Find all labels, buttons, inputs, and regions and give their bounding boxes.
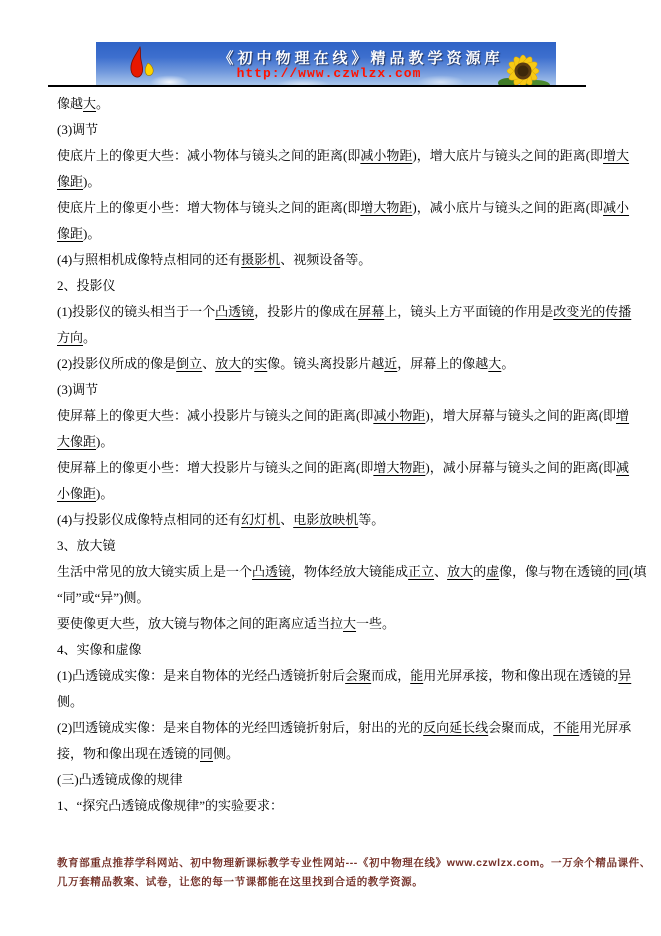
answer-blank-text: 凸透镜 [215, 304, 254, 319]
page-footer: 教育部重点推荐学科网站、初中物理新课标教学专业性网站---《初中物理在线》www… [57, 854, 623, 892]
text-segment: 等。 [358, 512, 384, 527]
text-segment: 、 [434, 564, 447, 579]
text-segment: 2、投影仪 [57, 278, 116, 293]
answer-blank-text: 放大 [447, 564, 473, 579]
text-line: 接，物和像出现在透镜的同侧。 [57, 741, 609, 767]
text-segment: 会聚而成， [488, 720, 553, 735]
answer-blank-text: 反向延长线 [423, 720, 488, 735]
text-line: 侧。 [57, 689, 609, 715]
text-line: 4、实像和虚像 [57, 637, 609, 663]
answer-blank-text: 减小物距 [373, 408, 425, 423]
text-line: (3)调节 [57, 117, 609, 143]
text-segment: 3、放大镜 [57, 538, 116, 553]
text-line: 像距)。 [57, 169, 609, 195]
text-segment: (3)调节 [57, 122, 98, 137]
text-line: 像距)。 [57, 221, 609, 247]
document-body: 像越大。(3)调节使底片上的像更大些：减小物体与镜头之间的距离(即减小物距)，增… [57, 91, 609, 819]
text-segment: (1)凸透镜成实像：是来自物体的光经凸透镜折射后 [57, 668, 345, 683]
text-segment: )，增大屏幕与镜头之间的距离(即 [425, 408, 616, 423]
text-line: 使底片上的像更小些：增大物体与镜头之间的距离(即增大物距)，减小底片与镜头之间的… [57, 195, 609, 221]
text-segment: (4)与投影仪成像特点相同的还有 [57, 512, 241, 527]
answer-blank-text: 电影放映机 [293, 512, 358, 527]
answer-blank-text: 同 [200, 746, 213, 761]
text-segment: (填 [629, 564, 646, 579]
text-line: (2)凹透镜成实像：是来自物体的光经凹透镜折射后，射出的光的反向延长线会聚而成，… [57, 715, 609, 741]
answer-blank-text: 放大 [215, 356, 241, 371]
text-segment: )。 [96, 486, 113, 501]
text-segment: 侧。 [57, 694, 83, 709]
text-segment: 的 [241, 356, 254, 371]
text-segment: )，增大底片与镜头之间的距离(即 [412, 148, 603, 163]
sunflower-icon [496, 51, 554, 85]
header-divider [48, 85, 586, 87]
answer-blank-text: 大 [83, 96, 96, 111]
answer-blank-text: 会聚 [345, 668, 371, 683]
text-segment: 侧。 [213, 746, 239, 761]
text-line: 使屏幕上的像更小些：增大投影片与镜头之间的距离(即增大物距)，减小屏幕与镜头之间… [57, 455, 609, 481]
answer-blank-text: 屏幕 [358, 304, 384, 319]
text-line: (三)凸透镜成像的规律 [57, 767, 609, 793]
text-segment: 、视频设备等。 [280, 252, 371, 267]
text-line: 小像距)。 [57, 481, 609, 507]
text-segment: 、 [202, 356, 215, 371]
text-line: (4)与投影仪成像特点相同的还有幻灯机、电影放映机等。 [57, 507, 609, 533]
text-line: 像越大。 [57, 91, 609, 117]
answer-blank-text: 改变光的传播 [553, 304, 631, 319]
text-line: (3)调节 [57, 377, 609, 403]
text-segment: 使屏幕上的像更小些：增大投影片与镜头之间的距离(即 [57, 460, 373, 475]
footer-line: 教育部重点推荐学科网站、初中物理新课标教学专业性网站---《初中物理在线》www… [57, 854, 623, 873]
text-segment: 而成， [371, 668, 410, 683]
answer-blank-text: 正立 [408, 564, 434, 579]
answer-blank-text: 小像距 [57, 486, 96, 501]
answer-blank-text: 幻灯机 [241, 512, 280, 527]
answer-blank-text: 减 [616, 460, 629, 475]
text-segment: 像，像与物在透镜的 [499, 564, 616, 579]
answer-blank-text: 增大物距 [373, 460, 425, 475]
text-segment: 4、实像和虚像 [57, 642, 142, 657]
answer-blank-text: 大像距 [57, 434, 96, 449]
answer-blank-text: 大 [343, 616, 356, 631]
text-segment: ，物体经放大镜能成 [291, 564, 408, 579]
answer-blank-text: 减小物距 [360, 148, 412, 163]
answer-blank-text: 方向 [57, 330, 83, 345]
text-segment: 、 [280, 512, 293, 527]
text-segment: 。 [83, 330, 96, 345]
text-segment: (2)凹透镜成实像：是来自物体的光经凹透镜折射后，射出的光的 [57, 720, 423, 735]
answer-blank-text: 异 [618, 668, 631, 683]
text-segment: 使底片上的像更大些：减小物体与镜头之间的距离(即 [57, 148, 360, 163]
text-segment: )，减小屏幕与镜头之间的距离(即 [425, 460, 616, 475]
text-segment: (4)与照相机成像特点相同的还有 [57, 252, 241, 267]
text-segment: 用光屏承接，物和像出现在透镜的 [423, 668, 618, 683]
text-segment: 一些。 [356, 616, 395, 631]
text-segment: ，屏幕上的像越 [397, 356, 488, 371]
answer-blank-text: 能 [410, 668, 423, 683]
text-line: 使底片上的像更大些：减小物体与镜头之间的距离(即减小物距)，增大底片与镜头之间的… [57, 143, 609, 169]
answer-blank-text: 实 [254, 356, 267, 371]
text-segment: (2)投影仪所成的像是 [57, 356, 176, 371]
text-line: 2、投影仪 [57, 273, 609, 299]
answer-blank-text: 摄影机 [241, 252, 280, 267]
site-logo-icon [124, 45, 166, 83]
text-segment: )。 [83, 174, 100, 189]
text-segment: ，投影片的像成在 [254, 304, 358, 319]
banner-title: 《初中物理在线》精品教学资源库 [196, 47, 526, 68]
text-segment: (3)调节 [57, 382, 98, 397]
text-segment: 生活中常见的放大镜实质上是一个 [57, 564, 252, 579]
answer-blank-text: 增 [616, 408, 629, 423]
answer-blank-text: 像距 [57, 174, 83, 189]
text-segment: 要使像更大些，放大镜与物体之间的距离应适当拉 [57, 616, 343, 631]
text-segment: )。 [83, 226, 100, 241]
text-line: “同”或“异”)侧。 [57, 585, 609, 611]
text-line: (2)投影仪所成的像是倒立、放大的实像。镜头离投影片越近，屏幕上的像越大。 [57, 351, 609, 377]
text-line: 使屏幕上的像更大些：减小投影片与镜头之间的距离(即减小物距)，增大屏幕与镜头之间… [57, 403, 609, 429]
text-segment: 像越 [57, 96, 83, 111]
document-page: 《初中物理在线》精品教学资源库 http://www.czwlzx.com 像 [0, 0, 661, 936]
text-segment: )。 [96, 434, 113, 449]
text-segment: 使屏幕上的像更大些：减小投影片与镜头之间的距离(即 [57, 408, 373, 423]
answer-blank-text: 减小 [603, 200, 629, 215]
answer-blank-text: 不能 [553, 720, 579, 735]
text-line: 要使像更大些，放大镜与物体之间的距离应适当拉大一些。 [57, 611, 609, 637]
text-line: (1)投影仪的镜头相当于一个凸透镜，投影片的像成在屏幕上，镜头上方平面镜的作用是… [57, 299, 609, 325]
text-segment: 。 [501, 356, 514, 371]
answer-blank-text: 像距 [57, 226, 83, 241]
text-line: (4)与照相机成像特点相同的还有摄影机、视频设备等。 [57, 247, 609, 273]
site-banner: 《初中物理在线》精品教学资源库 http://www.czwlzx.com [96, 42, 556, 85]
answer-blank-text: 凸透镜 [252, 564, 291, 579]
text-segment: )，减小底片与镜头之间的距离(即 [412, 200, 603, 215]
text-segment: 用光屏承 [579, 720, 631, 735]
answer-blank-text: 近 [384, 356, 397, 371]
text-line: (1)凸透镜成实像：是来自物体的光经凸透镜折射后会聚而成，能用光屏承接，物和像出… [57, 663, 609, 689]
text-line: 方向。 [57, 325, 609, 351]
footer-line: 几万套精品教案、试卷，让您的每一节课都能在这里找到合适的教学资源。 [57, 873, 623, 892]
text-segment: 像。镜头离投影片越 [267, 356, 384, 371]
text-segment: 。 [96, 96, 109, 111]
text-segment: 的 [473, 564, 486, 579]
text-segment: “同”或“异”)侧。 [57, 590, 149, 605]
text-line: 大像距)。 [57, 429, 609, 455]
answer-blank-text: 倒立 [176, 356, 202, 371]
text-segment: 接，物和像出现在透镜的 [57, 746, 200, 761]
text-segment: (1)投影仪的镜头相当于一个 [57, 304, 215, 319]
text-segment: 上，镜头上方平面镜的作用是 [384, 304, 553, 319]
answer-blank-text: 增大物距 [360, 200, 412, 215]
text-segment: 1、“探究凸透镜成像规律”的实验要求： [57, 798, 283, 813]
banner-url: http://www.czwlzx.com [184, 66, 474, 81]
text-segment: 使底片上的像更小些：增大物体与镜头之间的距离(即 [57, 200, 360, 215]
answer-blank-text: 大 [488, 356, 501, 371]
text-line: 生活中常见的放大镜实质上是一个凸透镜，物体经放大镜能成正立、放大的虚像，像与物在… [57, 559, 609, 585]
text-line: 3、放大镜 [57, 533, 609, 559]
text-segment: (三)凸透镜成像的规律 [57, 772, 183, 787]
answer-blank-text: 虚 [486, 564, 499, 579]
answer-blank-text: 同 [616, 564, 629, 579]
answer-blank-text: 增大 [603, 148, 629, 163]
text-line: 1、“探究凸透镜成像规律”的实验要求： [57, 793, 609, 819]
